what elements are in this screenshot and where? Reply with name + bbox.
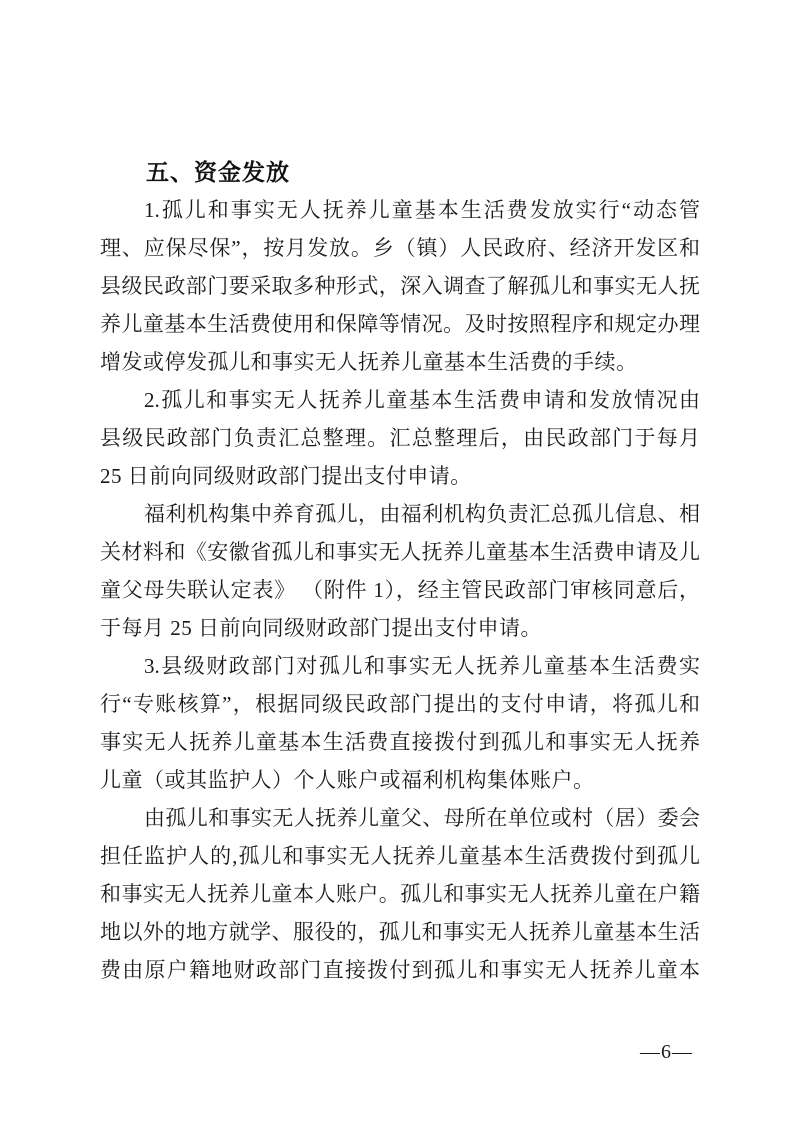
page-number: —6— (640, 1038, 693, 1066)
text-line: 由孤儿和事实无人抚养儿童父、母所在单位或村（居）委会 (100, 799, 700, 837)
paragraph: 福利机构集中养育孤儿，由福利机构负责汇总孤儿信息、相关材料和《安徽省孤儿和事实无… (100, 495, 700, 647)
text-line: 费由原户籍地财政部门直接拨付到孤儿和事实无人抚养儿童本 (100, 951, 700, 989)
text-line: 关材料和《安徽省孤儿和事实无人抚养儿童基本生活费申请及儿 (100, 533, 700, 571)
text-line: 福利机构集中养育孤儿，由福利机构负责汇总孤儿信息、相 (100, 495, 700, 533)
text-line: 3.县级财政部门对孤儿和事实无人抚养儿童基本生活费实 (100, 647, 700, 685)
text-line: 25 日前向同级财政部门提出支付申请。 (100, 457, 700, 495)
text-line: 增发或停发孤儿和事实无人抚养儿童基本生活费的手续。 (100, 343, 700, 381)
text-line: 1.孤儿和事实无人抚养儿童基本生活费发放实行“动态管 (100, 191, 700, 229)
text-line: 儿童（或其监护人）个人账户或福利机构集体账户。 (100, 761, 700, 799)
text-line: 地以外的地方就学、服役的，孤儿和事实无人抚养儿童基本生活 (100, 913, 700, 951)
text-line: 行“专账核算”，根据同级民政部门提出的支付申请，将孤儿和 (100, 685, 700, 723)
paragraph: 由孤儿和事实无人抚养儿童父、母所在单位或村（居）委会担任监护人的,孤儿和事实无人… (100, 799, 700, 989)
text-line: 事实无人抚养儿童基本生活费直接拨付到孤儿和事实无人抚养 (100, 723, 700, 761)
text-line: 和事实无人抚养儿童本人账户。孤儿和事实无人抚养儿童在户籍 (100, 875, 700, 913)
text-line: 童父母失联认定表》 （附件 1），经主管民政部门审核同意后， (100, 571, 700, 609)
document-body: 五、资金发放 1.孤儿和事实无人抚养儿童基本生活费发放实行“动态管理、应保尽保”… (100, 153, 700, 989)
paragraph: 2.孤儿和事实无人抚养儿童基本生活费申请和发放情况由县级民政部门负责汇总整理。汇… (100, 381, 700, 495)
section-heading: 五、资金发放 (100, 153, 700, 191)
paragraph: 3.县级财政部门对孤儿和事实无人抚养儿童基本生活费实行“专账核算”，根据同级民政… (100, 647, 700, 799)
document-page: 五、资金发放 1.孤儿和事实无人抚养儿童基本生活费发放实行“动态管理、应保尽保”… (0, 0, 793, 1122)
text-line: 县级民政部门要采取多种形式，深入调查了解孤儿和事实无人抚 (100, 267, 700, 305)
text-line: 县级民政部门负责汇总整理。汇总整理后，由民政部门于每月 (100, 419, 700, 457)
text-line: 2.孤儿和事实无人抚养儿童基本生活费申请和发放情况由 (100, 381, 700, 419)
text-line: 理、应保尽保”，按月发放。乡（镇）人民政府、经济开发区和 (100, 229, 700, 267)
paragraph: 1.孤儿和事实无人抚养儿童基本生活费发放实行“动态管理、应保尽保”，按月发放。乡… (100, 191, 700, 381)
text-line: 养儿童基本生活费使用和保障等情况。及时按照程序和规定办理 (100, 305, 700, 343)
text-line: 于每月 25 日前向同级财政部门提出支付申请。 (100, 609, 700, 647)
paragraphs: 1.孤儿和事实无人抚养儿童基本生活费发放实行“动态管理、应保尽保”，按月发放。乡… (100, 191, 700, 989)
text-line: 担任监护人的,孤儿和事实无人抚养儿童基本生活费拨付到孤儿 (100, 837, 700, 875)
